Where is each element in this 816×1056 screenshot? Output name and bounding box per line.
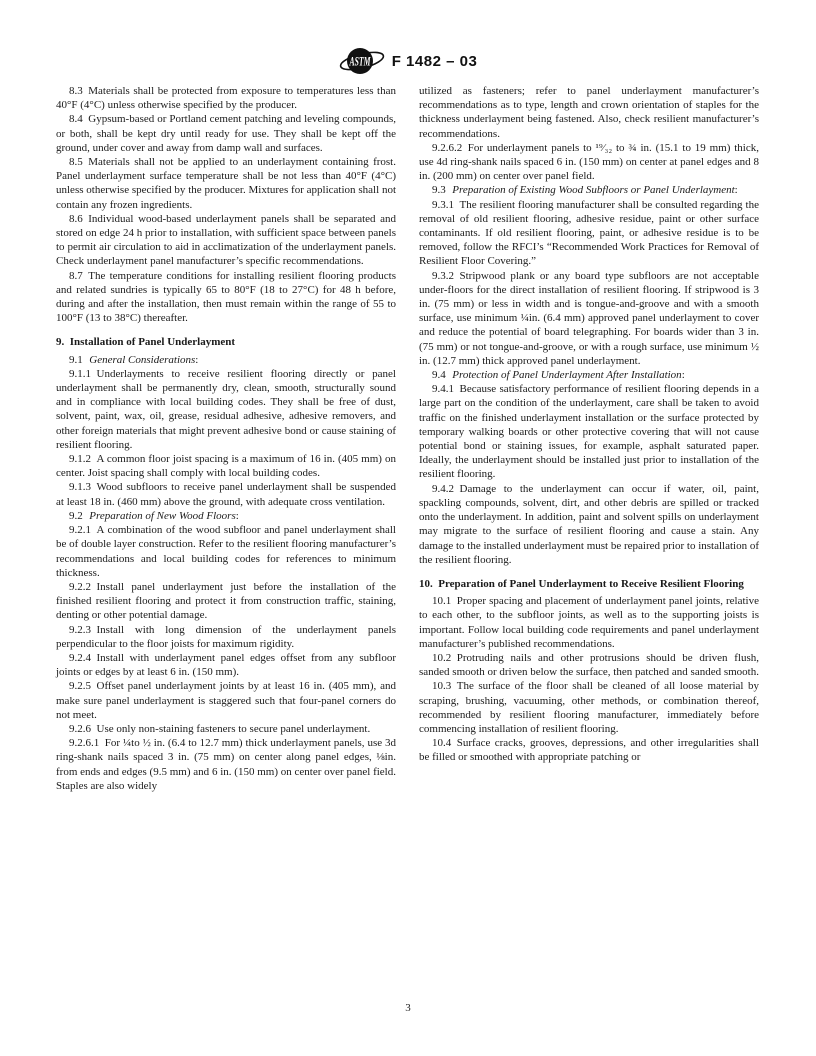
paragraph-9-1-3: 9.1.3 Wood subfloors to receive panel un… <box>56 480 396 508</box>
section-number: 9.2 <box>69 510 88 522</box>
section-title: Preparation of Existing Wood Subfloors o… <box>452 184 734 196</box>
paragraph-9-4-1: 9.4.1 Because satisfactory performance o… <box>419 382 759 481</box>
paragraph-9-1: 9.1 General Considerations: <box>56 353 396 367</box>
paragraph-9-2-2: 9.2.2 Install panel underlayment just be… <box>56 580 396 623</box>
paragraph-8-5: 8.5 Materials shall not be applied to an… <box>56 155 396 212</box>
paragraph-8-6: 8.6 Individual wood-based underlayment p… <box>56 212 396 269</box>
paragraph-10-1: 10.1 Proper spacing and placement of und… <box>419 594 759 651</box>
astm-logo-icon: ASTM <box>339 45 385 77</box>
section-title: General Considerations <box>89 354 195 366</box>
paragraph-10-3: 10.3 The surface of the floor shall be c… <box>419 679 759 736</box>
paragraph-9-2-5: 9.2.5 Offset panel underlayment joints b… <box>56 679 396 722</box>
paragraph-9-2-6-2: 9.2.6.2 For underlayment panels to ¹⁹⁄₃₂… <box>419 141 759 184</box>
paragraph-9-1-1: 9.1.1 Underlayments to receive resilient… <box>56 367 396 452</box>
paragraph-9-4-2: 9.4.2 Damage to the underlayment can occ… <box>419 482 759 567</box>
paragraph-9-2-6-1-continued: utilized as fasteners; refer to panel un… <box>419 84 759 141</box>
paragraph-9-4: 9.4 Protection of Panel Underlayment Aft… <box>419 368 759 382</box>
paragraph-9-3-1: 9.3.1 The resilient flooring manufacture… <box>419 198 759 269</box>
section-heading-9: 9. Installation of Panel Underlayment <box>56 335 396 349</box>
page-number: 3 <box>0 1002 816 1014</box>
paragraph-9-2-4: 9.2.4 Install with underlayment panel ed… <box>56 651 396 679</box>
paragraph-8-7: 8.7 The temperature conditions for insta… <box>56 269 396 326</box>
paragraph-9-2-3: 9.2.3 Install with long dimension of the… <box>56 623 396 651</box>
paragraph-9-1-2: 9.1.2 A common floor joist spacing is a … <box>56 452 396 480</box>
designation: F 1482 – 03 <box>392 53 478 70</box>
doc-header: ASTM F 1482 – 03 <box>0 0 816 78</box>
section-title-tail: : <box>236 510 239 522</box>
paragraph-9-2: 9.2 Preparation of New Wood Floors: <box>56 509 396 523</box>
page: ASTM F 1482 – 03 8.3 Materials shall be … <box>0 0 816 1056</box>
paragraph-9-2-6-1: 9.2.6.1 For ¼to ½ in. (6.4 to 12.7 mm) t… <box>56 736 396 793</box>
column-right: utilized as fasteners; refer to panel un… <box>419 84 759 793</box>
paragraph-9-3: 9.3 Preparation of Existing Wood Subfloo… <box>419 183 759 197</box>
body-columns: 8.3 Materials shall be protected from ex… <box>0 84 816 793</box>
paragraph-10-4: 10.4 Surface cracks, grooves, depression… <box>419 736 759 764</box>
section-number: 9.4 <box>432 369 451 381</box>
svg-text:ASTM: ASTM <box>349 54 371 69</box>
section-heading-10: 10. Preparation of Panel Underlayment to… <box>419 577 759 591</box>
paragraph-8-3: 8.3 Materials shall be protected from ex… <box>56 84 396 112</box>
section-title-tail: : <box>735 184 738 196</box>
section-title-tail: : <box>682 369 685 381</box>
paragraph-8-4: 8.4 Gypsum-based or Portland cement patc… <box>56 112 396 155</box>
column-left: 8.3 Materials shall be protected from ex… <box>56 84 396 793</box>
paragraph-9-3-2: 9.3.2 Stripwood plank or any board type … <box>419 269 759 368</box>
section-title-tail: : <box>195 354 198 366</box>
paragraph-9-2-1: 9.2.1 A combination of the wood subfloor… <box>56 523 396 580</box>
section-number: 9.3 <box>432 184 451 196</box>
section-title: Preparation of New Wood Floors <box>89 510 235 522</box>
paragraph-10-2: 10.2 Protruding nails and other protrusi… <box>419 651 759 679</box>
section-number: 9.1 <box>69 354 88 366</box>
section-title: Protection of Panel Underlayment After I… <box>452 369 681 381</box>
paragraph-9-2-6: 9.2.6 Use only non-staining fasteners to… <box>56 722 396 736</box>
